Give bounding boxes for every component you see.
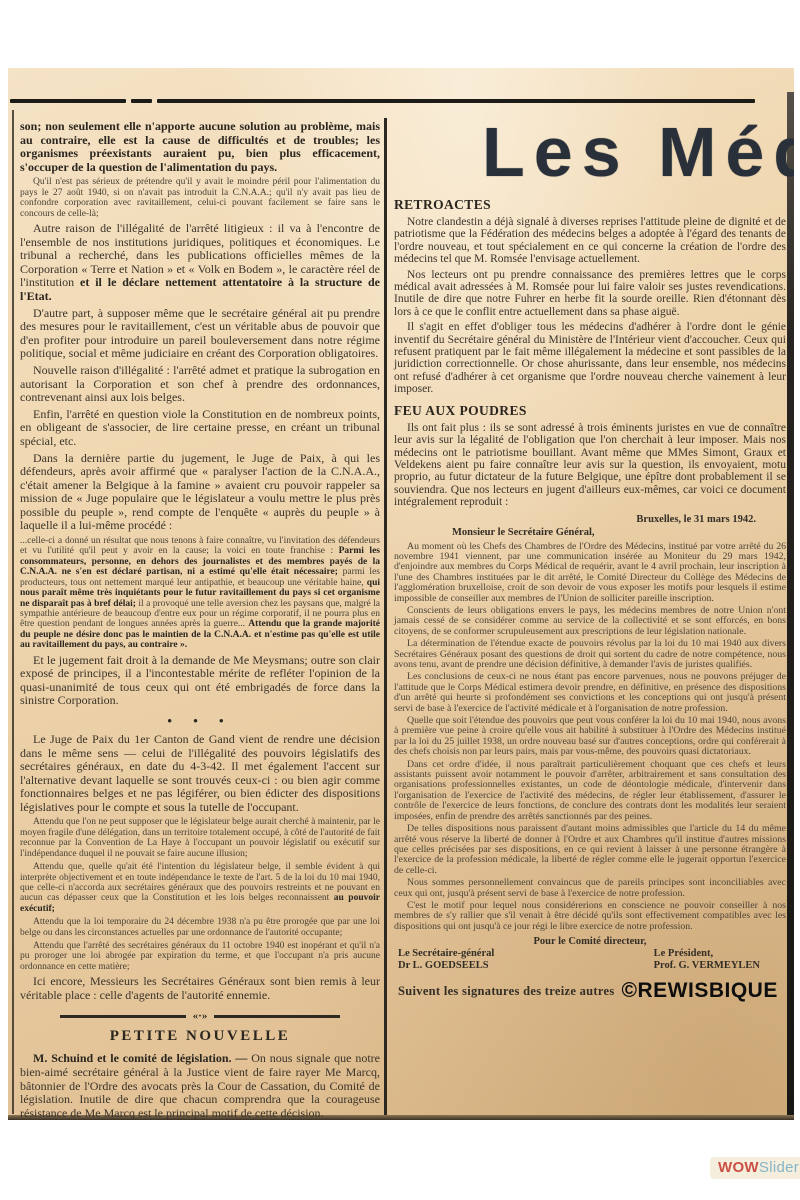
page-left-edge (12, 110, 14, 1114)
letter-paragraph: Les conclusions de ceux-ci ne nous étant… (394, 672, 786, 714)
page-right-edge-shadow (787, 92, 794, 1120)
date-line: Bruxelles, le 31 mars 1942. (394, 514, 756, 525)
small-print-paragraph: ...celle-ci a donné un résultat que nous… (20, 536, 380, 650)
paragraph: Il s'agit en effet d'obliger tous les mé… (394, 321, 786, 395)
dots-separator: • • • (20, 713, 380, 729)
signature-line: Dr L. GOEDSEELS (398, 960, 494, 972)
rewisbique-watermark: ©REWISBIQUE (622, 979, 778, 1003)
masthead-headline: Les Méd (482, 116, 786, 190)
closing-line: Pour le Comité directeur, (394, 936, 786, 947)
paragraph: Enfin, l'arrêté en question viole la Con… (20, 408, 380, 449)
paragraph: Ici encore, Messieurs les Secrétaires Gé… (20, 975, 380, 1002)
signature-line: Prof. G. VERMEYLEN (654, 960, 760, 972)
letter-salutation: Monsieur le Secrétaire Général, (452, 527, 786, 538)
small-print-paragraph: Attendu que la loi temporaire du 24 déce… (20, 917, 380, 938)
ornament-glyph: «·» (193, 1011, 208, 1021)
letter-paragraph: C'est le motif pour lequel nous considér… (394, 901, 786, 932)
small-print-paragraph: Qu'il n'est pas sérieux de prétendre qu'… (20, 177, 380, 219)
paragraph: Nos lecteurs ont pu prendre connaissance… (394, 269, 786, 319)
paragraph: M. Schuind et le comité de législation. … (20, 1052, 380, 1120)
signatures-note-text: Suivent les signatures des treize autres (398, 984, 615, 999)
wowslider-wow-text: WOW (718, 1159, 759, 1176)
text-run: M. Schuind et le comité de législation. … (33, 1051, 251, 1065)
wowslider-slider-text: Slider (759, 1159, 799, 1176)
paragraph: Autre raison de l'illégalité de l'arrêté… (20, 222, 380, 304)
small-print-paragraph: Attendu que l'on ne peut supposer que le… (20, 817, 380, 859)
paragraph: Et le jugement fait droit à la demande d… (20, 654, 380, 708)
paragraph: Dans la dernière partie du jugement, le … (20, 452, 380, 534)
top-rule-segment (131, 99, 152, 103)
letter-paragraph: La détermination de l'étendue exacte de … (394, 639, 786, 670)
paragraph: son; non seulement elle n'apporte aucune… (20, 120, 380, 174)
signature-line: Le Secrétaire-général (398, 948, 494, 960)
wowslider-watermark: WOWSlider (710, 1157, 800, 1179)
signature-line: Le Président, (654, 948, 760, 960)
letter-paragraph: Nous sommes personnellement convaincus q… (394, 878, 786, 899)
column-divider (384, 118, 387, 1118)
paragraph: D'autre part, à supposer même que le sec… (20, 307, 380, 361)
right-column: Les Méd RETROACTESNotre clandestin a déj… (394, 86, 786, 1003)
right-column-flow: RETROACTESNotre clandestin a déjà signal… (394, 197, 786, 1003)
text-run: Attendu que, quelle qu'ait été l'intenti… (20, 862, 380, 903)
paragraph: Le Juge de Paix du 1er Canton de Gand vi… (20, 733, 380, 815)
letter-paragraph: Dans cet ordre d'idée, il nous paraîtrai… (394, 760, 786, 822)
letter-paragraph: Au moment où les Chefs des Chambres de l… (394, 542, 786, 604)
text-run: ...celle-ci a donné un résultat que nous… (20, 536, 380, 556)
left-column: son; non seulement elle n'apporte aucune… (20, 120, 380, 1120)
paragraph: Ils ont fait plus : ils se sont adressé … (394, 422, 786, 509)
signature-row: Le Secrétaire-généralDr L. GOEDSEELSLe P… (398, 948, 760, 972)
paragraph: Nouvelle raison d'illégalité : l'arrêté … (20, 364, 380, 405)
letter-paragraph: Conscients de leurs obligations envers l… (394, 606, 786, 637)
news-heading: PETITE NOUVELLE (20, 1028, 380, 1045)
small-print-paragraph: Attendu que, quelle qu'ait été l'intenti… (20, 862, 380, 914)
signature-left: Le Secrétaire-généralDr L. GOEDSEELS (398, 948, 494, 972)
ornament-line (60, 1015, 186, 1018)
section-heading: RETROACTES (394, 197, 786, 213)
letter-paragraph: Quelle que soit l'étendue des pouvoirs q… (394, 716, 786, 758)
letter-paragraph: De telles dispositions nous paraissent d… (394, 824, 786, 876)
ornament-separator: «·» (60, 1011, 340, 1021)
signatures-note: Suivent les signatures des treize autres… (398, 979, 786, 1003)
paragraph: Notre clandestin a déjà signalé à divers… (394, 216, 786, 266)
top-rule-segment (10, 99, 126, 103)
section-heading: FEU AUX POUDRES (394, 403, 786, 419)
small-print-paragraph: Attendu que l'arrêté des secrétaires gén… (20, 941, 380, 972)
signature-right: Le Président,Prof. G. VERMEYLEN (654, 948, 760, 972)
newspaper-page-scan: son; non seulement elle n'apporte aucune… (8, 68, 794, 1120)
ornament-line (214, 1015, 340, 1018)
